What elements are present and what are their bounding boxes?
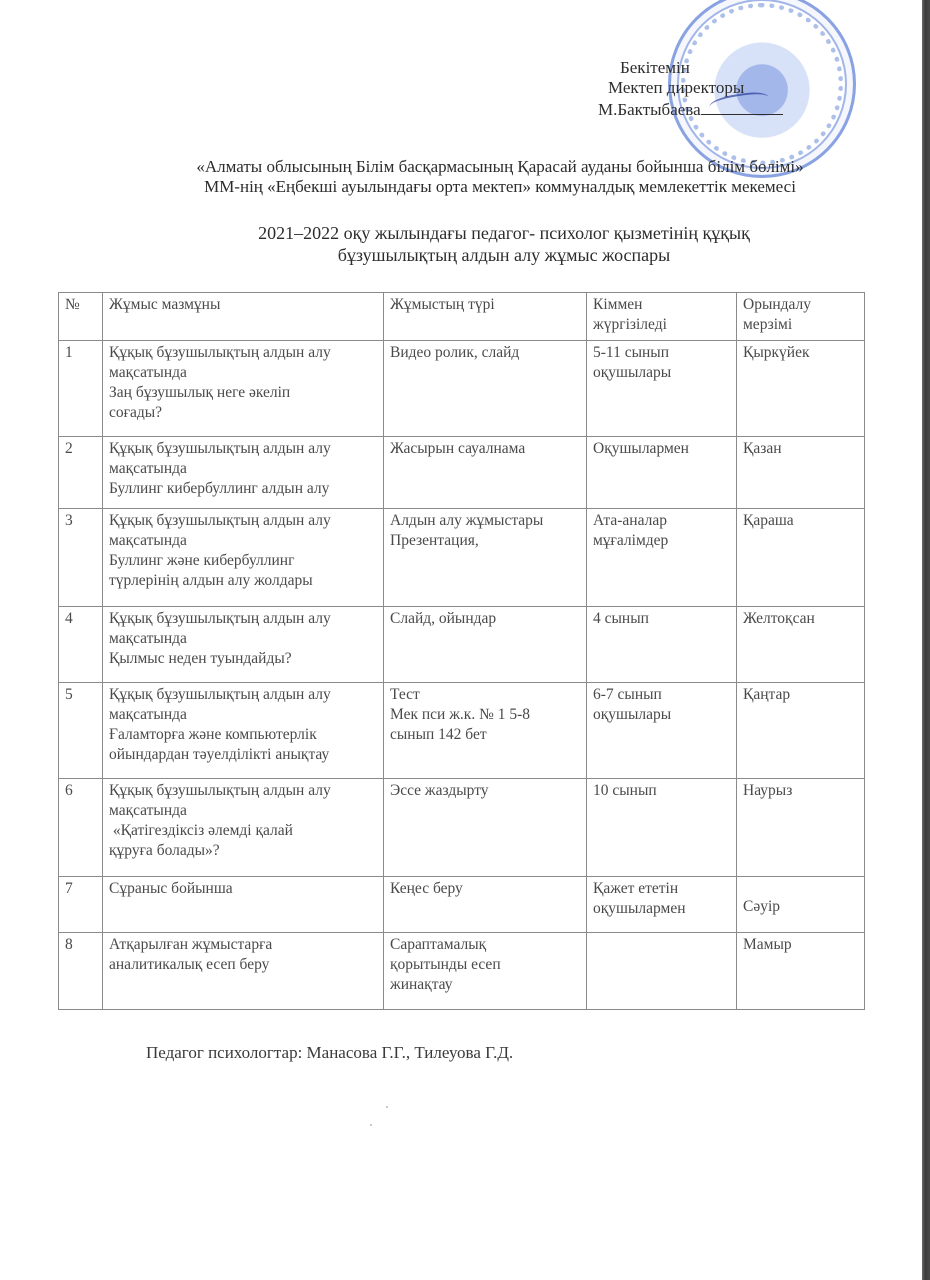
cell-content: Құқық бұзушылықтың алдын алумақсатындаҒа… — [103, 683, 384, 779]
scan-speck — [370, 1124, 372, 1126]
cell-content: Құқық бұзушылықтың алдын алумақсатындаБу… — [103, 509, 384, 607]
table-row: 1Құқық бұзушылықтың алдын алумақсатындаЗ… — [59, 341, 865, 437]
work-plan-table: № Жұмыс мазмұны Жұмыстың түрі Кіммен жүр… — [58, 292, 865, 1010]
cell-by-whom: 5-11 сыныпоқушылары — [587, 341, 737, 437]
document-title-line-1: 2021–2022 оқу жылындағы педагог- психоло… — [0, 222, 930, 244]
cell-number: 2 — [59, 437, 103, 509]
cell-deadline: Қаңтар — [737, 683, 865, 779]
cell-number: 1 — [59, 341, 103, 437]
cell-by-whom — [587, 933, 737, 1010]
organization-line-1: «Алматы облысының Білім басқармасының Қа… — [0, 157, 930, 177]
cell-number: 5 — [59, 683, 103, 779]
cell-type: ТестМек пси ж.к. № 1 5-8сынып 142 бет — [384, 683, 587, 779]
cell-content: Құқық бұзушылықтың алдын алумақсатында «… — [103, 779, 384, 877]
cell-type: Видео ролик, слайд — [384, 341, 587, 437]
header-content: Жұмыс мазмұны — [103, 293, 384, 341]
cell-deadline: Қыркүйек — [737, 341, 865, 437]
table-row: 2Құқық бұзушылықтың алдын алумақсатындаБ… — [59, 437, 865, 509]
cell-deadline: Наурыз — [737, 779, 865, 877]
cell-content: Сұраныс бойынша — [103, 877, 384, 933]
approval-heading: Бекітемін — [598, 58, 818, 78]
cell-number: 6 — [59, 779, 103, 877]
document-title-line-2: бұзушылықтың алдын алу жұмыс жоспары — [0, 244, 930, 266]
table-row: 4Құқық бұзушылықтың алдын алумақсатындаҚ… — [59, 607, 865, 683]
cell-type: Алдын алу жұмыстарыПрезентация, — [384, 509, 587, 607]
cell-content: Құқық бұзушылықтың алдын алумақсатындаҚы… — [103, 607, 384, 683]
cell-type: Кеңес беру — [384, 877, 587, 933]
approval-signatory: М.Бактыбаева — [598, 98, 818, 120]
approval-block: Бекітемін Мектеп директоры М.Бактыбаева — [598, 58, 818, 120]
cell-by-whom: 10 сынып — [587, 779, 737, 877]
cell-deadline: Қазан — [737, 437, 865, 509]
cell-content: Атқарылған жұмыстарғааналитикалық есеп б… — [103, 933, 384, 1010]
cell-content: Құқық бұзушылықтың алдын алумақсатындаБу… — [103, 437, 384, 509]
table-row: 7Сұраныс бойыншаКеңес беруҚажет ететіноқ… — [59, 877, 865, 933]
director-name: М.Бактыбаева — [598, 100, 701, 119]
signature-icon — [701, 98, 783, 115]
table-row: 3Құқық бұзушылықтың алдын алумақсатындаБ… — [59, 509, 865, 607]
cell-type: Жасырын сауалнама — [384, 437, 587, 509]
cell-type: Слайд, ойындар — [384, 607, 587, 683]
header-by-whom: Кіммен жүргізіледі — [587, 293, 737, 341]
cell-by-whom: Оқушылармен — [587, 437, 737, 509]
cell-number: 7 — [59, 877, 103, 933]
scan-speck — [386, 1106, 388, 1108]
cell-deadline: Мамыр — [737, 933, 865, 1010]
cell-by-whom: 6-7 сыныпоқушылары — [587, 683, 737, 779]
table-row: 5Құқық бұзушылықтың алдын алумақсатындаҒ… — [59, 683, 865, 779]
cell-number: 3 — [59, 509, 103, 607]
cell-type: Сараптамалыққорытынды есепжинақтау — [384, 933, 587, 1010]
table-row: 6Құқық бұзушылықтың алдын алумақсатында … — [59, 779, 865, 877]
psychologists-signatories: Педагог психологтар: Манасова Г.Г., Тиле… — [146, 1043, 513, 1063]
cell-deadline: Желтоқсан — [737, 607, 865, 683]
approval-position: Мектеп директоры — [598, 78, 818, 98]
cell-content: Құқық бұзушылықтың алдын алумақсатындаЗа… — [103, 341, 384, 437]
cell-by-whom: 4 сынып — [587, 607, 737, 683]
organization-header: «Алматы облысының Білім басқармасының Қа… — [0, 157, 930, 197]
header-number: № — [59, 293, 103, 341]
header-type: Жұмыстың түрі — [384, 293, 587, 341]
header-deadline: Орындалу мерзімі — [737, 293, 865, 341]
cell-type: Эссе жаздырту — [384, 779, 587, 877]
table-header-row: № Жұмыс мазмұны Жұмыстың түрі Кіммен жүр… — [59, 293, 865, 341]
cell-by-whom: Қажет ететіноқушылармен — [587, 877, 737, 933]
document-title: 2021–2022 оқу жылындағы педагог- психоло… — [0, 222, 930, 266]
cell-number: 4 — [59, 607, 103, 683]
cell-by-whom: Ата-аналармұғалімдер — [587, 509, 737, 607]
cell-deadline: Қараша — [737, 509, 865, 607]
cell-number: 8 — [59, 933, 103, 1010]
table-row: 8Атқарылған жұмыстарғааналитикалық есеп … — [59, 933, 865, 1010]
cell-deadline: Сәуір — [737, 877, 865, 933]
organization-line-2: ММ-нің «Еңбекші ауылындағы орта мектеп» … — [0, 177, 930, 197]
